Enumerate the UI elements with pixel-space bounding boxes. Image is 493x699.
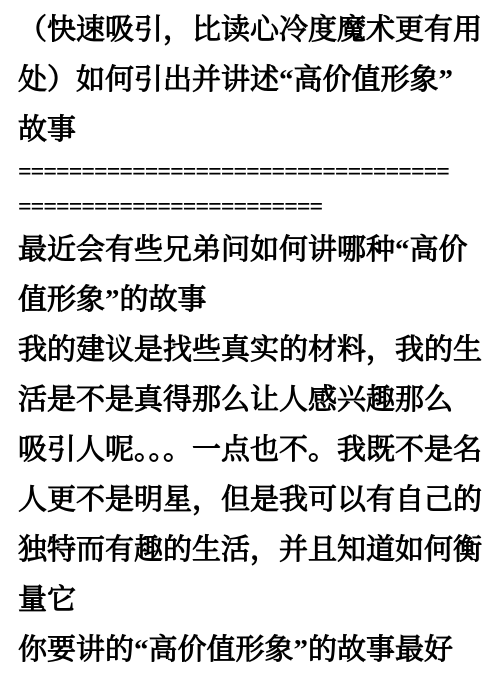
- document-title: （快速吸引，比读心冷度魔术更有用 处）如何引出并讲述“高价值形象” 故事: [18, 5, 493, 155]
- separator-line: ==================================: [18, 155, 483, 190]
- document-body: 最近会有些兄弟问如何讲哪种“高价 值形象”的故事 我的建议是找些真实的材料，我的…: [18, 225, 493, 675]
- text-line: 最近会有些兄弟问如何讲哪种“高价: [18, 225, 493, 275]
- text-line: 值形象”的故事: [18, 275, 493, 325]
- text-line: 吸引人呢。。。一点也不。我既不是名: [18, 425, 493, 475]
- text-line: 独特而有趣的生活，并且知道如何衡: [18, 525, 493, 575]
- text-line: 我的建议是找些真实的材料，我的生: [18, 325, 493, 375]
- text-line: 人更不是明星，但是我可以有自己的: [18, 475, 493, 525]
- separator-line: ========================: [18, 190, 483, 225]
- title-line: 处）如何引出并讲述“高价值形象”: [18, 55, 493, 105]
- text-line: 你要讲的“高价值形象”的故事最好: [18, 625, 493, 675]
- text-line: 活是不是真得那么让人感兴趣那么: [18, 375, 493, 425]
- separator-block: ================================== =====…: [18, 155, 493, 225]
- document-page: （快速吸引，比读心冷度魔术更有用 处）如何引出并讲述“高价值形象” 故事 ===…: [0, 0, 493, 699]
- title-line: （快速吸引，比读心冷度魔术更有用: [18, 5, 493, 55]
- title-line: 故事: [18, 105, 493, 155]
- text-line: 量它: [18, 575, 493, 625]
